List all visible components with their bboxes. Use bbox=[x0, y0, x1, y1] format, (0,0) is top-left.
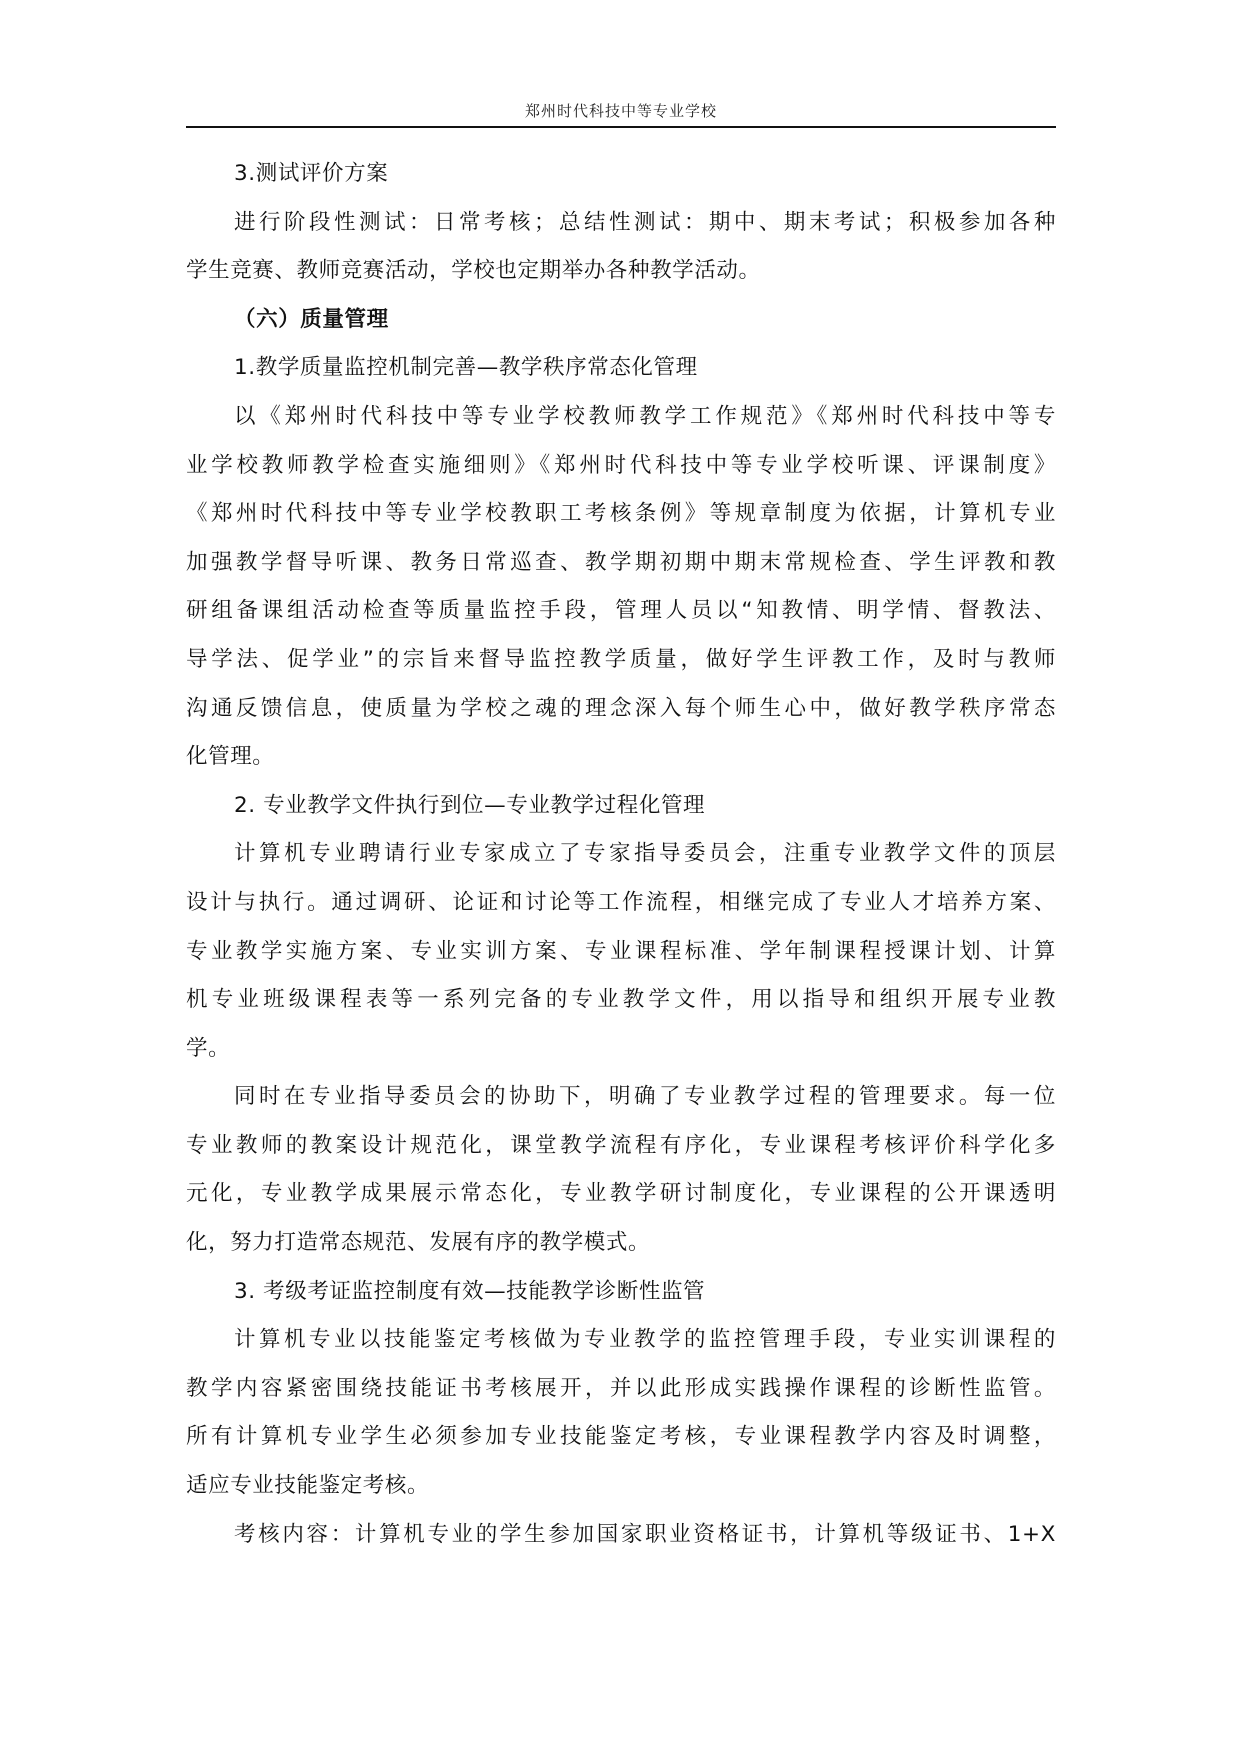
text-line: 计算机专业聘请行业专家成立了专家指导委员会，注重专业教学文件的顶层 bbox=[186, 830, 1056, 879]
text-line: 进行阶段性测试：日常考核；总结性测试：期中、期末考试；积极参加各种 bbox=[186, 199, 1056, 248]
text-line: 加强教学督导听课、教务日常巡查、教学期初期中期末常规检查、学生评教和教 bbox=[186, 539, 1056, 588]
text-line: 所有计算机专业学生必须参加专业技能鉴定考核，专业课程教学内容及时调整， bbox=[186, 1413, 1056, 1462]
text-line: 业学校教师教学检查实施细则》《郑州时代科技中等专业学校听课、评课制度》 bbox=[186, 442, 1056, 491]
text-line: 考核内容：计算机专业的学生参加国家职业资格证书，计算机等级证书、1+X bbox=[186, 1511, 1056, 1560]
text-line: 以《郑州时代科技中等专业学校教师教学工作规范》《郑州时代科技中等专 bbox=[186, 393, 1056, 442]
text-line: 专业教学实施方案、专业实训方案、专业课程标准、学年制课程授课计划、计算 bbox=[186, 928, 1056, 977]
text-line: 计算机专业以技能鉴定考核做为专业教学的监控管理手段，专业实训课程的 bbox=[186, 1316, 1056, 1365]
text-line: 导学法、促学业”的宗旨来督导监控教学质量，做好学生评教工作，及时与教师 bbox=[186, 636, 1056, 685]
text-line: 3.测试评价方案 bbox=[186, 150, 1056, 199]
text-line: 化，努力打造常态规范、发展有序的教学模式。 bbox=[186, 1219, 1056, 1268]
text-line: 专业教师的教案设计规范化，课堂教学流程有序化，专业课程考核评价科学化多 bbox=[186, 1122, 1056, 1171]
text-line: 机专业班级课程表等一系列完备的专业教学文件，用以指导和组织开展专业教 bbox=[186, 976, 1056, 1025]
text-line: 设计与执行。通过调研、论证和讨论等工作流程，相继完成了专业人才培养方案、 bbox=[186, 879, 1056, 928]
text-line: 适应专业技能鉴定考核。 bbox=[186, 1462, 1056, 1511]
text-line: 学。 bbox=[186, 1025, 1056, 1074]
text-line: 教学内容紧密围绕技能证书考核展开，并以此形成实践操作课程的诊断性监管。 bbox=[186, 1365, 1056, 1414]
section-heading: （六）质量管理 bbox=[186, 296, 1056, 345]
text-line: 《郑州时代科技中等专业学校教职工考核条例》等规章制度为依据，计算机专业 bbox=[186, 490, 1056, 539]
text-line: 1.教学质量监控机制完善—教学秩序常态化管理 bbox=[186, 344, 1056, 393]
text-line: 化管理。 bbox=[186, 733, 1056, 782]
document-body: 3.测试评价方案进行阶段性测试：日常考核；总结性测试：期中、期末考试；积极参加各… bbox=[186, 150, 1056, 1559]
text-line: 研组备课组活动检查等质量监控手段，管理人员以“知教情、明学情、督教法、 bbox=[186, 587, 1056, 636]
text-line: 同时在专业指导委员会的协助下，明确了专业教学过程的管理要求。每一位 bbox=[186, 1073, 1056, 1122]
page-header-title: 郑州时代科技中等专业学校 bbox=[187, 100, 1055, 121]
header-rule bbox=[186, 126, 1056, 128]
text-line: 2. 专业教学文件执行到位—专业教学过程化管理 bbox=[186, 782, 1056, 831]
text-line: 3. 考级考证监控制度有效—技能教学诊断性监管 bbox=[186, 1268, 1056, 1317]
text-line: 沟通反馈信息，使质量为学校之魂的理念深入每个师生心中，做好教学秩序常态 bbox=[186, 685, 1056, 734]
text-line: 学生竞赛、教师竞赛活动，学校也定期举办各种教学活动。 bbox=[186, 247, 1056, 296]
text-line: 元化，专业教学成果展示常态化，专业教学研讨制度化，专业课程的公开课透明 bbox=[186, 1170, 1056, 1219]
